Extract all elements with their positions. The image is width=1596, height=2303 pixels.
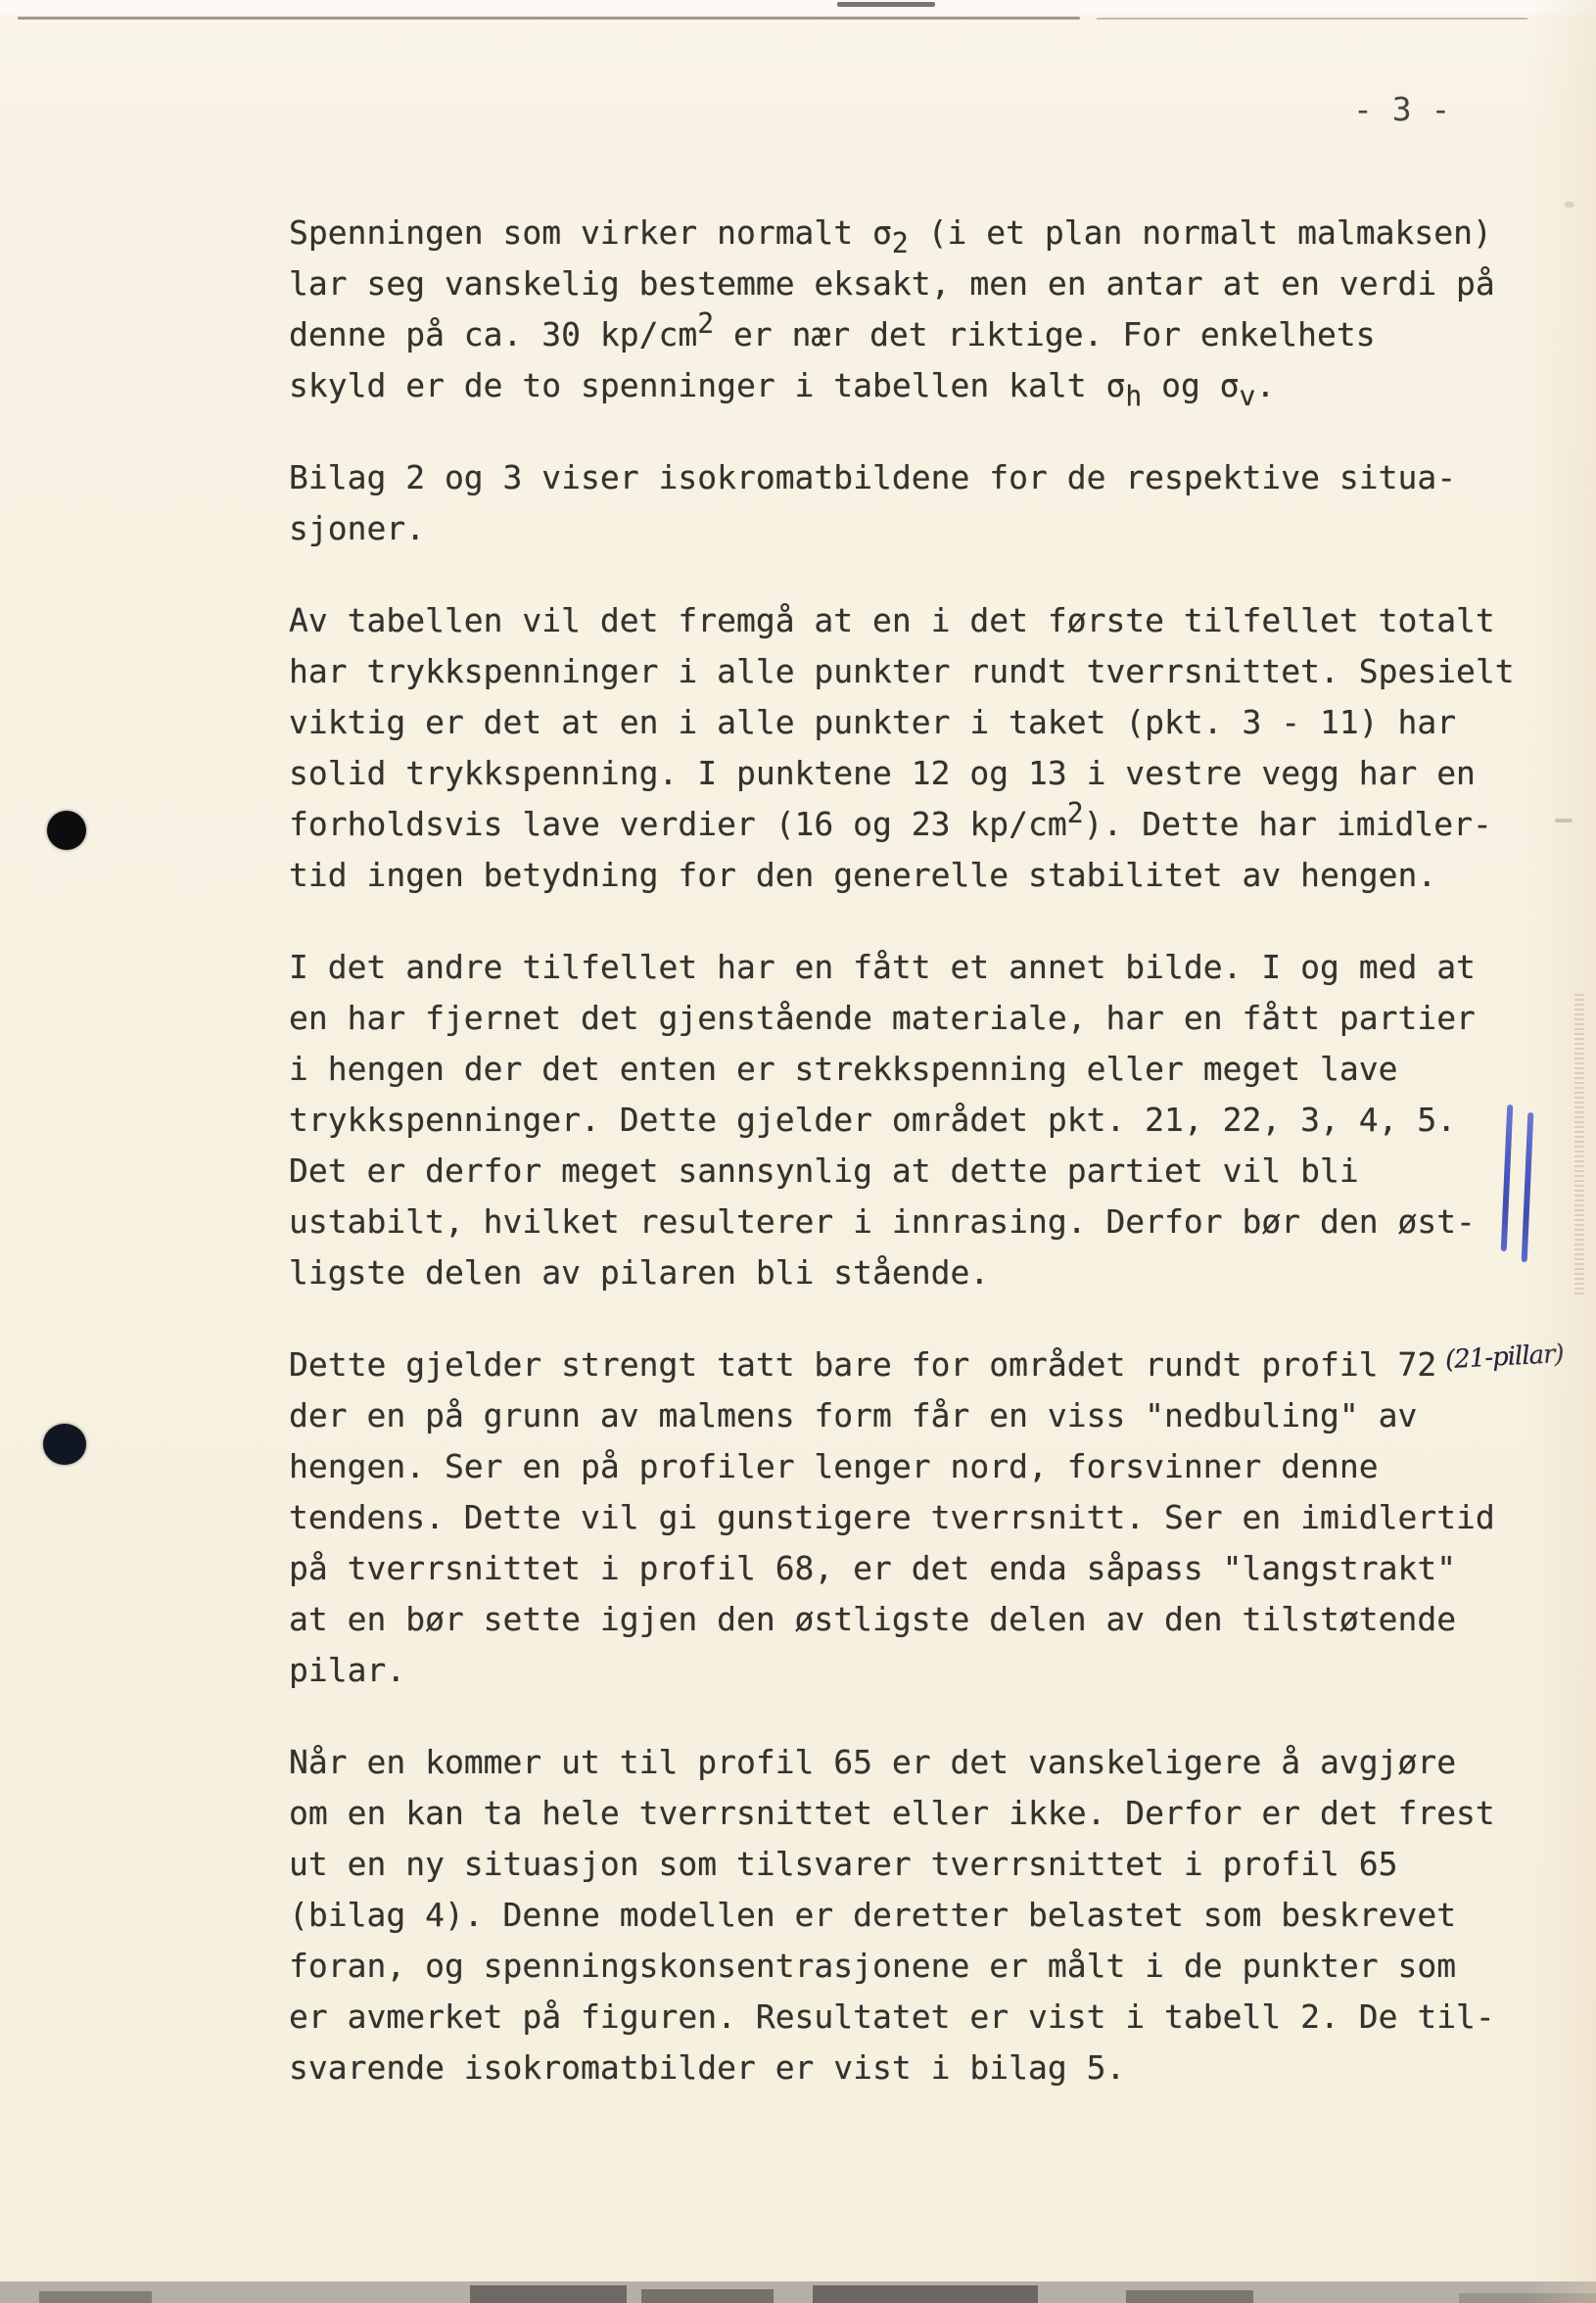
text-line: Av tabellen vil det fremgå at en i det f… [289,595,1552,646]
paragraph: Dette gjelder strengt tatt bare for områ… [289,1339,1552,1696]
text-line: skyld er de to spenninger i tabellen kal… [289,360,1552,411]
text-line: er avmerket på figuren. Resultatet er vi… [289,1992,1552,2043]
text-line: ligste delen av pilaren bli stående. [289,1247,1552,1298]
text-line: foran, og spenningskonsentrasjonene er m… [289,1941,1552,1992]
scan-edge-bottom [0,2281,1596,2303]
text-line: trykkspenninger. Dette gjelder området p… [289,1095,1552,1146]
scan-artifact-mark [1565,202,1574,208]
text-line: viktig er det at en i alle punkter i tak… [289,697,1552,748]
text-line: Dette gjelder strengt tatt bare for områ… [289,1339,1552,1390]
text-line: om en kan ta hele tverrsnittet eller ikk… [289,1788,1552,1839]
scan-edge-segment [39,2291,152,2303]
text-line: tendens. Dette vil gi gunstigere tverrsn… [289,1492,1552,1543]
text-line: Når en kommer ut til profil 65 er det va… [289,1737,1552,1788]
scan-artifact-line [1097,18,1527,20]
scan-edge-segment [813,2285,1038,2303]
text-line: har trykkspenninger i alle punkter rundt… [289,646,1552,697]
text-line: tid ingen betydning for den generelle st… [289,850,1552,901]
page-number: - 3 - [1353,90,1450,128]
text-line: svarende isokromatbilder er vist i bilag… [289,2043,1552,2093]
text-line: ut en ny situasjon som tilsvarer tverrsn… [289,1839,1552,1890]
paragraph: Spenningen som virker normalt σ2 (i et p… [289,208,1552,411]
text-line: (bilag 4). Denne modellen er deretter be… [289,1890,1552,1941]
scan-edge-segment [1459,2293,1596,2303]
scan-edge-segment [1126,2290,1253,2303]
text-line: at en bør sette igjen den østligste dele… [289,1594,1552,1645]
text-line: lar seg vanskelig bestemme eksakt, men e… [289,258,1552,309]
text-line: en har fjernet det gjenstående materiale… [289,993,1552,1044]
hole-punch-mark [43,1424,86,1465]
text-line: Bilag 2 og 3 viser isokromatbildene for … [289,452,1552,503]
scanned-document-page: - 3 - Spenningen som virker normalt σ2 (… [0,0,1596,2303]
text-line: ustabilt, hvilket resulterer i innrasing… [289,1197,1552,1247]
text-line: pilar. [289,1645,1552,1696]
text-line: hengen. Ser en på profiler lenger nord, … [289,1441,1552,1492]
text-line: solid trykkspenning. I punktene 12 og 13… [289,748,1552,799]
paragraph: Når en kommer ut til profil 65 er det va… [289,1737,1552,2093]
paragraph: Bilag 2 og 3 viser isokromatbildene for … [289,452,1552,554]
text-line: sjoner. [289,503,1552,554]
scan-edge-bleed [1574,994,1584,1297]
scan-artifact-mark [837,2,935,7]
scan-artifact-mark [1555,819,1573,822]
text-block: Spenningen som virker normalt σ2 (i et p… [289,208,1552,2135]
text-line: forholdsvis lave verdier (16 og 23 kp/cm… [289,799,1552,850]
text-line: Det er derfor meget sannsynlig at dette … [289,1146,1552,1197]
text-line: på tverrsnittet i profil 68, er det enda… [289,1543,1552,1594]
text-line: denne på ca. 30 kp/cm2 er nær det riktig… [289,309,1552,360]
paragraph: Av tabellen vil det fremgå at en i det f… [289,595,1552,901]
text-line: I det andre tilfellet har en fått et ann… [289,942,1552,993]
scan-edge-top [0,0,1596,15]
scan-edge-segment [641,2289,774,2303]
scan-artifact-line [18,17,1080,20]
text-line: Spenningen som virker normalt σ2 (i et p… [289,208,1552,258]
text-line: i hengen der det enten er strekkspenning… [289,1044,1552,1095]
text-line: der en på grunn av malmens form får en v… [289,1390,1552,1441]
hole-punch-mark [47,811,86,850]
scan-edge-segment [470,2285,627,2303]
paragraph: I det andre tilfellet har en fått et ann… [289,942,1552,1298]
